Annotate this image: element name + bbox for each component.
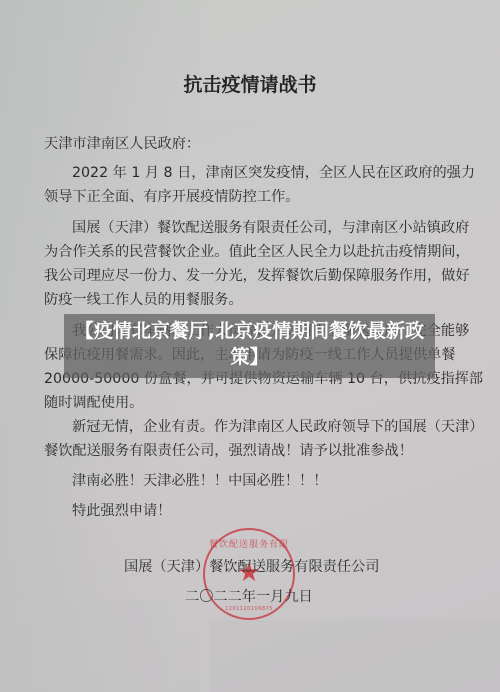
closing-line: 特此强烈申请！: [72, 500, 171, 520]
signature-company: 国展（天津）餐饮配送服务有限责任公司: [124, 556, 379, 576]
shadow-region: [210, 620, 500, 692]
paragraph-2-line-2: 为合作关系的民营餐饮企业。值此全区人民全力以赴抗击疫情期间，: [44, 241, 470, 261]
slogan-line: 津南必胜！天津必胜！！中国必胜！！！: [72, 470, 327, 490]
document-title: 抗击疫情请战书: [0, 70, 500, 97]
paragraph-2-line-1: 国展（天津）餐饮配送服务有限责任公司，与津南区小站镇政府: [72, 217, 469, 237]
headline-text: 【疫情北京餐厅,北京疫情期间餐饮最新政策】: [72, 318, 427, 370]
seal-code: 1201120106875: [205, 606, 293, 612]
salutation: 天津市津南区人民政府：: [44, 133, 200, 153]
document-photo: 抗击疫情请战书 天津市津南区人民政府： 2022 年 1 月 8 日，津南区突发…: [0, 0, 500, 692]
paragraph-4-line-1: 新冠无情，企业有责。作为津南区人民政府领导下的国展（天津）: [72, 416, 483, 436]
shadow-region: [200, 0, 500, 120]
headline-overlay: 【疫情北京餐厅,北京疫情期间餐饮最新政策】: [64, 314, 435, 378]
paragraph-1-line-1: 2022 年 1 月 8 日，津南区突发疫情，全区人民在区政府的强力: [72, 162, 475, 182]
paragraph-4-line-2: 餐饮配送服务有限责任公司，强烈请战！请予以批准参战！: [44, 440, 413, 460]
paragraph-2-line-3: 我公司理应尽一份力、发一分光，发挥餐饮后勤保障服务作用，做好: [44, 265, 470, 285]
seal-arc-text: 餐饮配送服务有限: [205, 537, 293, 550]
shadow-region: [0, 600, 200, 692]
signature-date: 二〇二二年一月九日: [185, 586, 313, 606]
paragraph-2-line-4: 防疫一线工作人员的用餐服务。: [44, 289, 243, 309]
paragraph-1-line-2: 领导下正全面、有序开展疫情防控工作。: [44, 186, 299, 206]
paragraph-3-line-4: 随时调配使用。: [44, 392, 143, 412]
